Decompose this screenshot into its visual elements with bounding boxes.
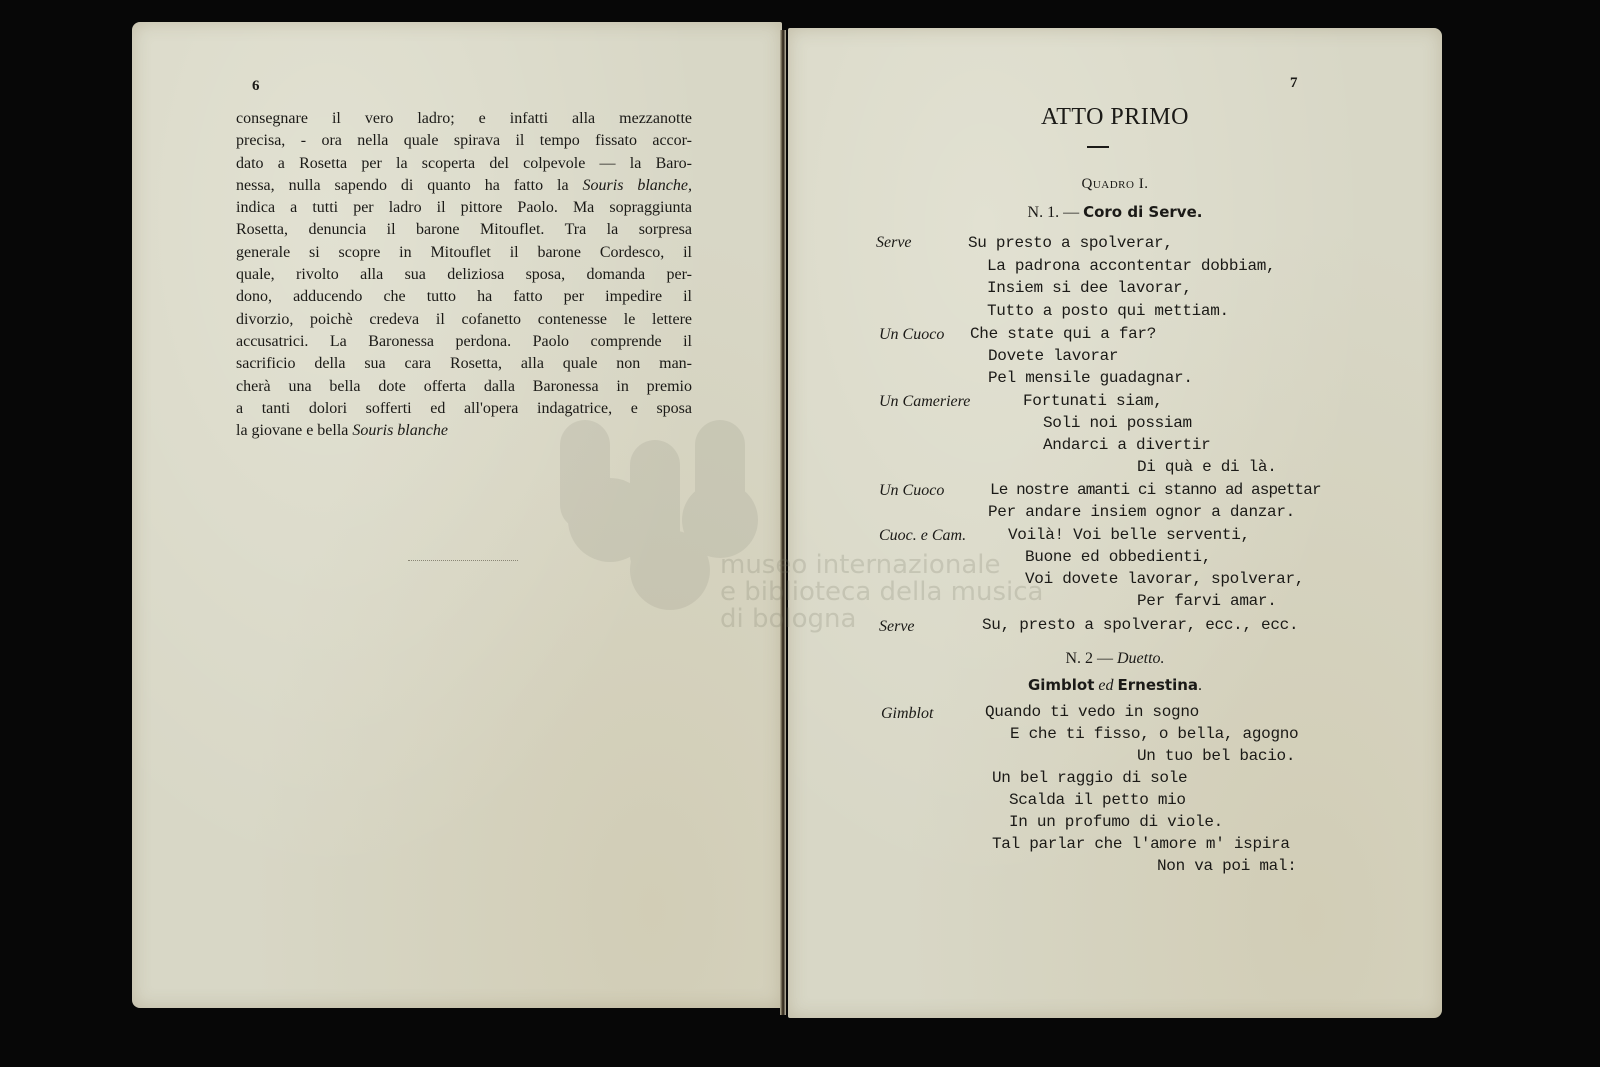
text-line: nessa, nulla sapendo di quanto ha fatto … [236, 175, 692, 197]
text-line: quale, rivolto alla sua deliziosa sposa,… [236, 264, 692, 286]
verse-line: In un profumo di viole. [1009, 813, 1223, 831]
verse-line: Per farvi amar. [1137, 592, 1277, 610]
speaker-label: Serve [876, 234, 912, 252]
punctuation: . [1198, 677, 1202, 694]
text-line: dono, adducendo che tutto ha fatto per i… [236, 286, 692, 308]
text-line: accusatrici. La Baronessa perdona. Paolo… [236, 331, 692, 353]
verse-line: La padrona accontentar dobbiam, [987, 257, 1275, 275]
verse-line: Un bel raggio di sole [992, 769, 1187, 787]
number-1-heading: N. 1. — Coro di Serve. [900, 203, 1330, 222]
verse-line: Un tuo bel bacio. [1137, 747, 1295, 765]
verse-line: Voilà! Voi belle serventi, [1008, 526, 1250, 544]
verse-line: Buone ed obbedienti, [1025, 548, 1211, 566]
verse-line: Non va poi mal: [1157, 857, 1297, 875]
text-line: indica a tutti per ladro il pittore Paol… [236, 197, 692, 219]
speaker-label: Gimblot [881, 705, 933, 723]
verse-line: Che state qui a far? [970, 325, 1156, 343]
verse-line: Su presto a spolverar, [968, 234, 1173, 252]
number-label: N. 2 — [1065, 650, 1113, 667]
speaker-label: Un Cuoco [879, 326, 944, 344]
verse-line: Voi dovete lavorar, spolverar, [1025, 570, 1304, 588]
number-label: N. 1. — [1028, 204, 1080, 221]
italic-title: Souris blanche, [583, 177, 692, 194]
verse-line: Soli noi possiam [1043, 414, 1192, 432]
verse-line: Fortunati siam, [1023, 392, 1163, 410]
text-line: precisa, - ora nella quale spirava il te… [236, 130, 692, 152]
text-line: divorzio, poichè credeva il cofanetto co… [236, 309, 692, 331]
verse-line: Tal parlar che l'amore m' ispira [992, 835, 1290, 853]
verse-line: Quando ti vedo in sogno [985, 703, 1199, 721]
watermark-line: museo internazionale [720, 552, 1043, 579]
text-line: dato a Rosetta per la scoperta del colpe… [236, 153, 692, 175]
page-number-right: 7 [1290, 75, 1298, 92]
verse-line: Dovete lavorar [988, 347, 1118, 365]
number-title: Coro di Serve. [1083, 203, 1202, 221]
verse-line: Andarci a divertir [1043, 436, 1210, 454]
page-number-left: 6 [252, 78, 260, 95]
verse-line: Per andare insiem ognor a danzar. [988, 503, 1295, 521]
verse-line: E che ti fisso, o bella, agogno [1010, 725, 1298, 743]
duet-characters: Gimblot ed Ernestina. [900, 676, 1330, 695]
number-2-heading: N. 2 — Duetto. [900, 650, 1330, 668]
text-line: consegnare il vero ladro; e infatti alla… [236, 108, 692, 130]
verse-line: Su, presto a spolverar, ecc., ecc. [982, 616, 1298, 634]
book-spine [780, 30, 786, 1015]
text-run: nessa, nulla sapendo di quanto ha fatto … [236, 177, 569, 194]
speaker-label: Cuoc. e Cam. [879, 527, 966, 545]
verse-line: Pel mensile guadagnar. [988, 369, 1193, 387]
verse-line: Di quà e di là. [1137, 458, 1277, 476]
verse-line: Tutto a posto qui mettiam. [987, 302, 1229, 320]
text-line: sacrificio della sua cara Rosetta, alla … [236, 353, 692, 375]
verse-line: Le nostre amanti ci stanno ad aspettar [990, 481, 1321, 499]
character-name: Ernestina [1118, 676, 1199, 694]
verse-line: Insiem si dee lavorar, [987, 279, 1192, 297]
text-line: a tanti dolori sofferti ed all'opera ind… [236, 398, 692, 420]
text-line: Rosetta, denuncia il barone Mitouflet. T… [236, 219, 692, 241]
connector: ed [1098, 677, 1113, 694]
title-rule [1087, 146, 1109, 148]
verse-line: Scalda il petto mio [1009, 791, 1186, 809]
number-title: Duetto. [1117, 650, 1165, 667]
text-run: la giovane e bella [236, 422, 348, 439]
speaker-label: Serve [879, 618, 915, 636]
text-line: generale si scopre in Mitouflet il baron… [236, 242, 692, 264]
dotted-divider [408, 560, 518, 561]
character-name: Gimblot [1028, 676, 1094, 694]
italic-title: Souris blanche [352, 422, 448, 439]
speaker-label: Un Cuoco [879, 482, 944, 500]
watermark-line: e biblioteca della musica [720, 579, 1043, 606]
synopsis-text: consegnare il vero ladro; e infatti alla… [236, 108, 692, 442]
speaker-label: Un Cameriere [879, 393, 970, 411]
text-line: la giovane e bella Souris blanche [236, 420, 692, 442]
act-title: ATTO PRIMO [900, 104, 1330, 131]
scene-heading: Quadro I. [900, 176, 1330, 193]
text-line: cherà una bella dote offerta dalla Baron… [236, 376, 692, 398]
